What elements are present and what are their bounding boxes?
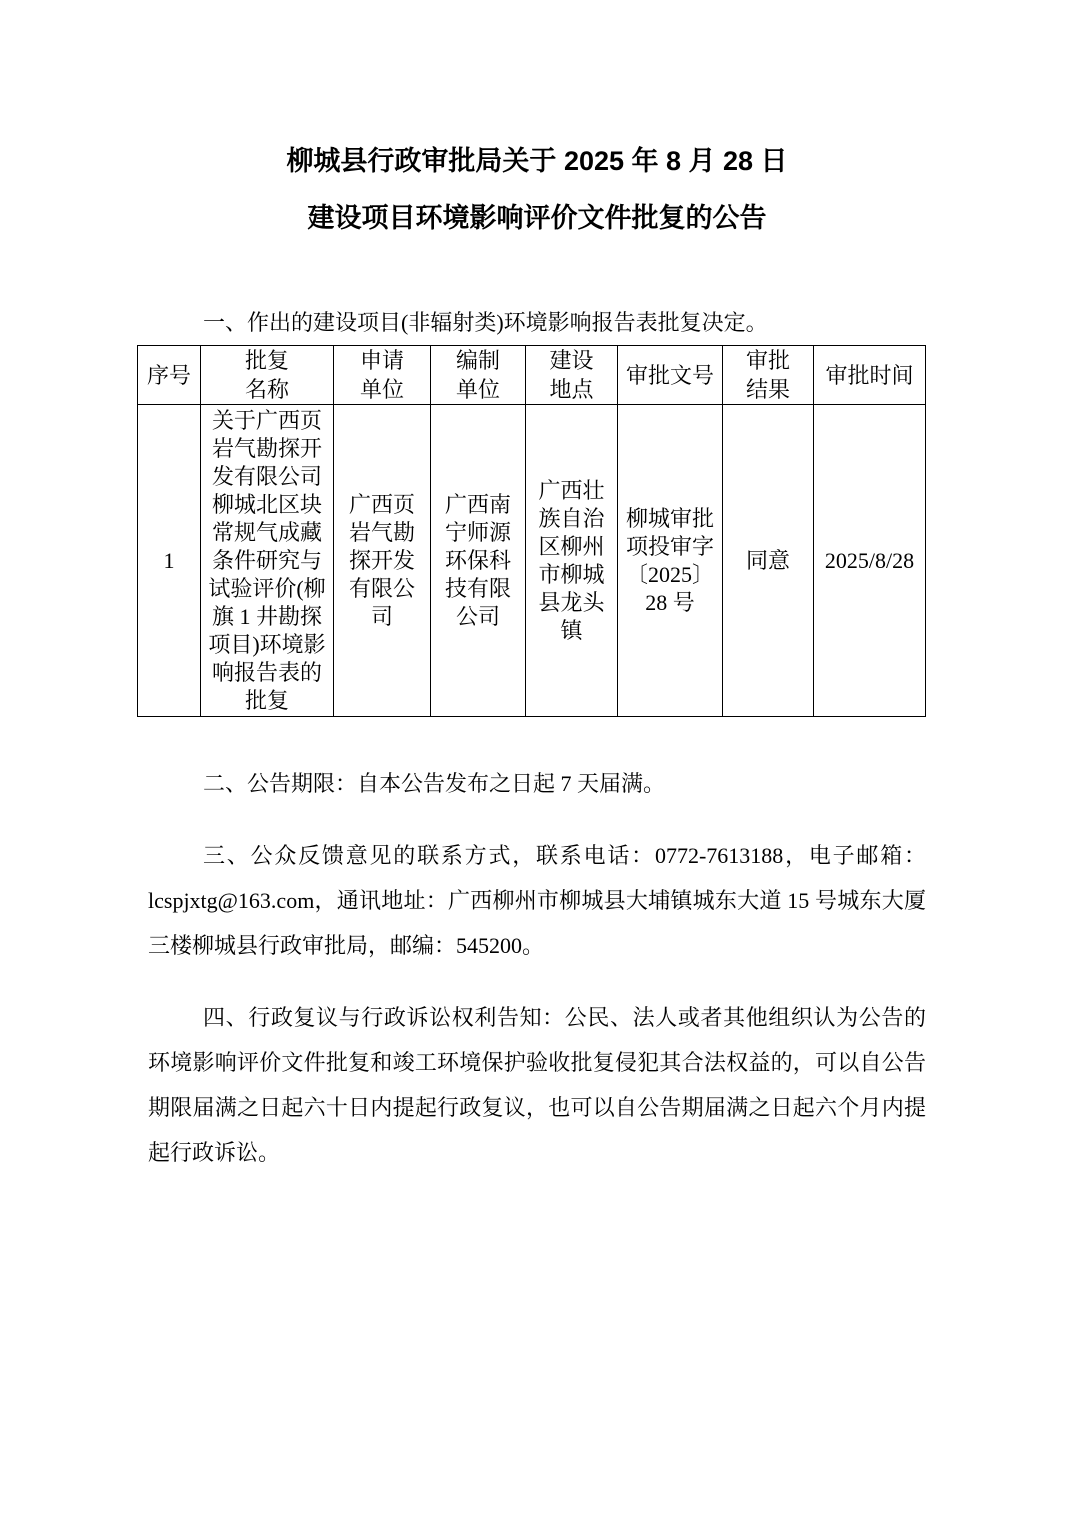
header-preparer-unit: 编制 单位 (431, 346, 526, 405)
section-3-paragraph: 三、公众反馈意见的联系方式，联系电话：0772-7613188，电子邮箱：lcs… (148, 833, 926, 968)
cell-approval-date: 2025/8/28 (814, 405, 926, 717)
section-1-heading: 一、作出的建设项目(非辐射类)环境影响报告表批复决定。 (148, 300, 926, 345)
header-seq: 序号 (138, 346, 201, 405)
cell-construction-site: 广西壮族自治区柳州市柳城县龙头镇 (526, 405, 618, 717)
cell-approval-result: 同意 (723, 405, 814, 717)
header-approval-date: 审批时间 (814, 346, 926, 405)
title-line-2: 建设项目环境影响评价文件批复的公告 (148, 190, 926, 247)
cell-approval-doc-no: 柳城审批项投审字〔2025〕28 号 (618, 405, 723, 717)
cell-preparer-unit: 广西南宁师源环保科技有限公司 (431, 405, 526, 717)
title-line-1: 柳城县行政审批局关于 2025 年 8 月 28 日 (148, 133, 926, 190)
header-approval-doc-no: 审批文号 (618, 346, 723, 405)
section-4-paragraph: 四、行政复议与行政诉讼权利告知：公民、法人或者其他组织认为公告的环境影响评价文件… (148, 995, 926, 1175)
cell-seq: 1 (138, 405, 201, 717)
document-title: 柳城县行政审批局关于 2025 年 8 月 28 日 建设项目环境影响评价文件批… (148, 133, 926, 247)
document-page: 柳城县行政审批局关于 2025 年 8 月 28 日 建设项目环境影响评价文件批… (0, 0, 1074, 1520)
header-applicant-unit: 申请 单位 (334, 346, 431, 405)
header-construction-site: 建设 地点 (526, 346, 618, 405)
cell-applicant-unit: 广西页岩气勘探开发有限公司 (334, 405, 431, 717)
cell-approval-name: 关于广西页岩气勘探开发有限公司柳城北区块常规气成藏条件研究与试验评价(柳旗 1 … (201, 405, 334, 717)
section-2-paragraph: 二、公告期限：自本公告发布之日起 7 天届满。 (148, 761, 926, 806)
table-header-row: 序号 批复 名称 申请 单位 编制 单位 建设 地点 审批文号 审批 结果 审批… (138, 346, 926, 405)
table-row: 1 关于广西页岩气勘探开发有限公司柳城北区块常规气成藏条件研究与试验评价(柳旗 … (138, 405, 926, 717)
header-approval-name: 批复 名称 (201, 346, 334, 405)
header-approval-result: 审批 结果 (723, 346, 814, 405)
approval-table: 序号 批复 名称 申请 单位 编制 单位 建设 地点 审批文号 审批 结果 审批… (137, 345, 926, 717)
